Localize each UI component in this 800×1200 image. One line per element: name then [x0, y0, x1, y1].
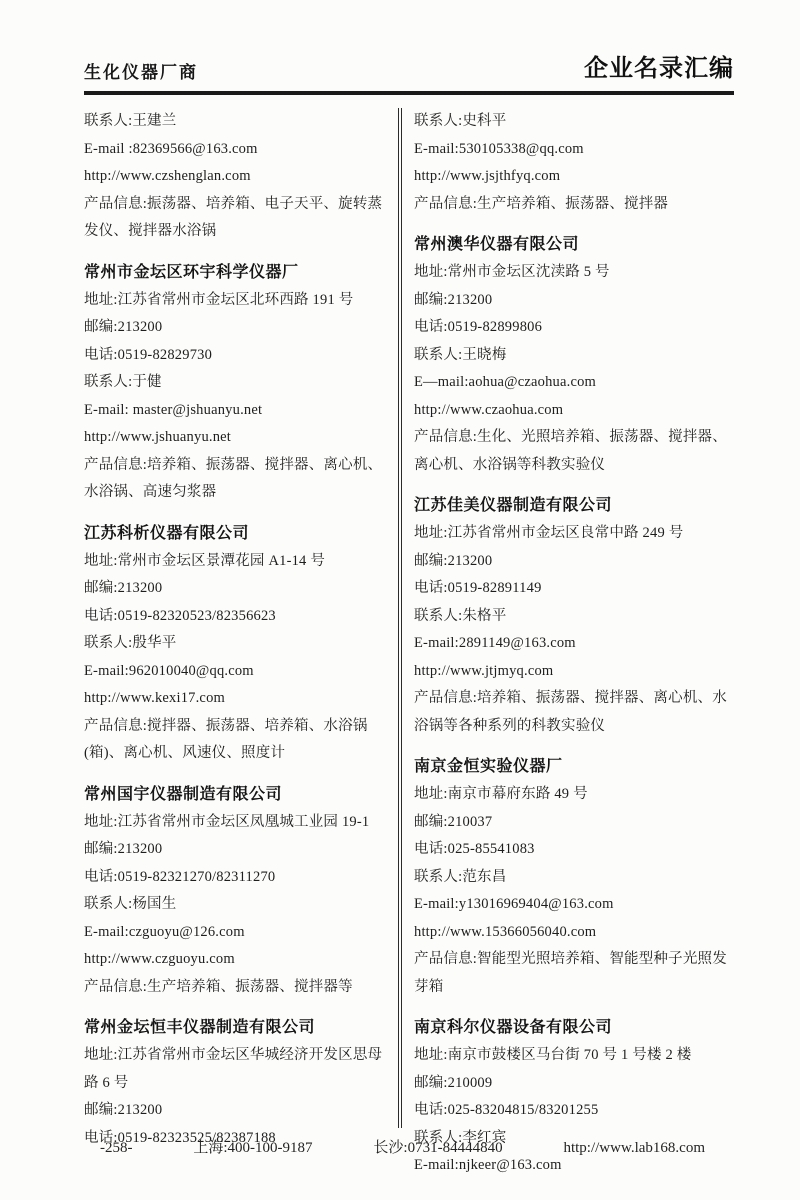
entry-line: 联系人:范东昌	[414, 864, 732, 892]
company-name: 江苏佳美仪器制造有限公司	[414, 492, 732, 520]
entry-line: http://www.jshuanyu.net	[84, 424, 396, 452]
entry-line: 联系人:殷华平	[84, 630, 396, 658]
entry-line: 联系人:王晓梅	[414, 342, 732, 370]
page-header: 生化仪器厂商 企业名录汇编	[84, 48, 734, 95]
entry-line: 电话:025-85541083	[414, 836, 732, 864]
directory-entry: 江苏佳美仪器制造有限公司地址:江苏省常州市金坛区良常中路 249 号邮编:213…	[414, 492, 732, 740]
entry-line: http://www.15366056040.com	[414, 919, 732, 947]
company-name: 常州澳华仪器有限公司	[414, 231, 732, 259]
directory-entry: 江苏科析仪器有限公司地址:常州市金坛区景潭花园 A1-14 号邮编:213200…	[84, 520, 396, 768]
entry-line: E—mail:aohua@czaohua.com	[414, 369, 732, 397]
entry-line: 地址:江苏省常州市金坛区凤凰城工业园 19-1	[84, 809, 396, 837]
entry-line: 产品信息:生产培养箱、振荡器、搅拌器等	[84, 974, 396, 1002]
entry-line: 产品信息:搅拌器、振荡器、培养箱、水浴锅(箱)、离心机、风速仪、照度计	[84, 713, 396, 768]
entry-line: E-mail:y13016969404@163.com	[414, 891, 732, 919]
company-name: 江苏科析仪器有限公司	[84, 520, 396, 548]
entry-line: 地址:常州市金坛区沈渎路 5 号	[414, 259, 732, 287]
entry-line: 邮编:213200	[84, 575, 396, 603]
company-name: 南京科尔仪器设备有限公司	[414, 1014, 732, 1042]
column-divider-rule	[398, 108, 402, 1128]
book-title: 企业名录汇编	[584, 48, 734, 83]
entry-line: E-mail: master@jshuanyu.net	[84, 397, 396, 425]
directory-entry: 常州国宇仪器制造有限公司地址:江苏省常州市金坛区凤凰城工业园 19-1邮编:21…	[84, 781, 396, 1002]
entry-line: 地址:江苏省常州市金坛区良常中路 249 号	[414, 520, 732, 548]
entry-line: http://www.jtjmyq.com	[414, 658, 732, 686]
entry-line: 电话:0519-82899806	[414, 314, 732, 342]
section-title: 生化仪器厂商	[84, 58, 198, 83]
entry-line: 地址:江苏省常州市金坛区北环西路 191 号	[84, 287, 396, 315]
footer-contact-shanghai: 上海:400-100-9187	[193, 1136, 312, 1157]
entry-line: 产品信息:振荡器、培养箱、电子天平、旋转蒸发仪、搅拌器水浴锅	[84, 191, 396, 246]
company-name: 南京金恒实验仪器厂	[414, 753, 732, 781]
right-column: 联系人:史科平E-mail:530105338@qq.comhttp://www…	[414, 108, 732, 1128]
directory-content: 联系人:王建兰E-mail :82369566@163.comhttp://ww…	[84, 108, 740, 1128]
header-double-rule	[84, 91, 734, 95]
entry-line: 地址:南京市幕府东路 49 号	[414, 781, 732, 809]
entry-line: E-mail:2891149@163.com	[414, 630, 732, 658]
page-number: -258-	[100, 1140, 133, 1157]
entry-line: 地址:南京市鼓楼区马台街 70 号 1 号楼 2 楼	[414, 1042, 732, 1070]
entry-line: http://www.czguoyu.com	[84, 946, 396, 974]
entry-line: 联系人:于健	[84, 369, 396, 397]
footer-contact-changsha: 长沙:0731-84444840	[373, 1136, 502, 1157]
entry-line: 电话:0519-82891149	[414, 575, 732, 603]
entry-line: 产品信息:生化、光照培养箱、振荡器、搅拌器、离心机、水浴锅等科教实验仪	[414, 424, 732, 479]
entry-line: 电话:0519-82321270/82311270	[84, 864, 396, 892]
entry-line: 产品信息:培养箱、振荡器、搅拌器、离心机、水浴锅等各种系列的科教实验仪	[414, 685, 732, 740]
entry-line: http://www.kexi17.com	[84, 685, 396, 713]
left-column: 联系人:王建兰E-mail :82369566@163.comhttp://ww…	[84, 108, 396, 1128]
entry-line: 地址:常州市金坛区景潭花园 A1-14 号	[84, 548, 396, 576]
directory-entry: 联系人:王建兰E-mail :82369566@163.comhttp://ww…	[84, 108, 396, 246]
directory-entry: 常州澳华仪器有限公司地址:常州市金坛区沈渎路 5 号邮编:213200电话:05…	[414, 231, 732, 479]
entry-line: 产品信息:智能型光照培养箱、智能型种子光照发芽箱	[414, 946, 732, 1001]
entry-line: 电话:025-83204815/83201255	[414, 1097, 732, 1125]
entry-line: 产品信息:培养箱、振荡器、搅拌器、离心机、水浴锅、高速匀浆器	[84, 452, 396, 507]
entry-line: 联系人:杨国生	[84, 891, 396, 919]
directory-entry: 南京金恒实验仪器厂地址:南京市幕府东路 49 号邮编:210037电话:025-…	[414, 753, 732, 1001]
entry-line: E-mail:962010040@qq.com	[84, 658, 396, 686]
directory-page: 生化仪器厂商 企业名录汇编 联系人:王建兰E-mail :82369566@16…	[0, 0, 800, 1200]
directory-entry: 常州市金坛区环宇科学仪器厂地址:江苏省常州市金坛区北环西路 191 号邮编:21…	[84, 259, 396, 507]
entry-line: 邮编:213200	[84, 836, 396, 864]
entry-line: http://www.czshenglan.com	[84, 163, 396, 191]
entry-line: 邮编:213200	[84, 314, 396, 342]
footer-website: http://www.lab168.com	[563, 1140, 705, 1157]
directory-entry: 联系人:史科平E-mail:530105338@qq.comhttp://www…	[414, 108, 732, 218]
company-name: 常州金坛恒丰仪器制造有限公司	[84, 1014, 396, 1042]
entry-line: E-mail :82369566@163.com	[84, 136, 396, 164]
company-name: 常州市金坛区环宇科学仪器厂	[84, 259, 396, 287]
entry-line: 联系人:史科平	[414, 108, 732, 136]
entry-line: 产品信息:生产培养箱、振荡器、搅拌器	[414, 191, 732, 219]
entry-line: 邮编:210037	[414, 809, 732, 837]
directory-entry: 常州金坛恒丰仪器制造有限公司地址:江苏省常州市金坛区华城经济开发区思母路 6 号…	[84, 1014, 396, 1152]
entry-line: 邮编:210009	[414, 1070, 732, 1098]
entry-line: http://www.czaohua.com	[414, 397, 732, 425]
entry-line: 地址:江苏省常州市金坛区华城经济开发区思母路 6 号	[84, 1042, 396, 1097]
entry-line: http://www.jsjthfyq.com	[414, 163, 732, 191]
entry-line: E-mail:czguoyu@126.com	[84, 919, 396, 947]
entry-line: 电话:0519-82829730	[84, 342, 396, 370]
entry-line: E-mail:530105338@qq.com	[414, 136, 732, 164]
entry-line: 邮编:213200	[414, 287, 732, 315]
entry-line: 联系人:王建兰	[84, 108, 396, 136]
company-name: 常州国宇仪器制造有限公司	[84, 781, 396, 809]
entry-line: 电话:0519-82320523/82356623	[84, 603, 396, 631]
page-footer: -258- 上海:400-100-9187 长沙:0731-84444840 h…	[100, 1136, 705, 1157]
entry-line: 邮编:213200	[84, 1097, 396, 1125]
entry-line: 邮编:213200	[414, 548, 732, 576]
entry-line: 联系人:朱格平	[414, 603, 732, 631]
